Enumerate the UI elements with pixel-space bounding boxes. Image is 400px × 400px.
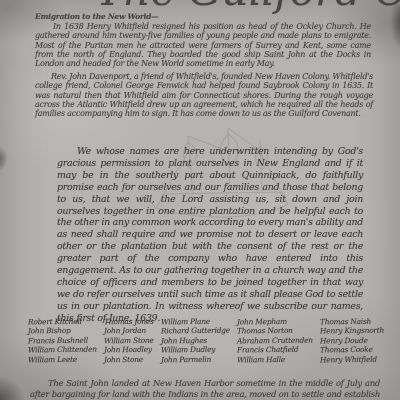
signature: Thomas Cooke (320, 345, 384, 355)
signature: Richard Gutteridge (161, 326, 230, 336)
signature: John Hoadley (104, 345, 154, 355)
signature: William Leete (28, 354, 97, 364)
signature-column: Robert KitchellJohn BishopFrancis Bushne… (28, 317, 97, 365)
covenant-text: We whose names are here underwritten int… (57, 146, 363, 325)
signature: William Halle (237, 354, 313, 364)
section-heading: Emigration to the New World— (35, 12, 158, 21)
parchment-document-photo: The Guilford Covenant Emigration to the … (0, 0, 400, 400)
narrative-paragraph-1: In 1638 Henry Whitfield resigned his pos… (35, 22, 371, 68)
signatures: Robert KitchellJohn BishopFrancis Bushne… (28, 317, 384, 365)
closing-paragraph: The Saint John landed at New Haven Harbo… (30, 378, 380, 400)
signature: William Dudley (161, 345, 230, 355)
signature-column: Thomas NaishHenry KingsnorthHenry DoudeT… (320, 317, 384, 365)
signature-column: William PlaneRichard GutteridgeJohn Hugh… (161, 317, 230, 365)
signature-column: Thomas JonesJohn JordanWilliam StoneJohn… (104, 317, 154, 365)
narrative-paragraph-2: Rev. John Davenport, a friend of Whitfie… (35, 72, 373, 118)
signature-column: John MephamThomas NortonAbraham Cruttend… (237, 317, 313, 365)
signature: John Stone (104, 354, 154, 364)
signature: Francis Chatfield (237, 345, 313, 355)
signature: John Jordan (104, 326, 154, 336)
signature: John Bishop (28, 326, 97, 336)
photo-edge-smudge-left (0, 146, 8, 172)
signature: John Parmelin (161, 354, 230, 364)
signature: Henry Whitfield (320, 354, 384, 364)
signature: William Chittenden (28, 345, 97, 355)
photo-corner-smudge (0, 376, 26, 400)
signature: Henry Kingsnorth (320, 326, 384, 336)
signature: Thomas Norton (237, 326, 313, 336)
